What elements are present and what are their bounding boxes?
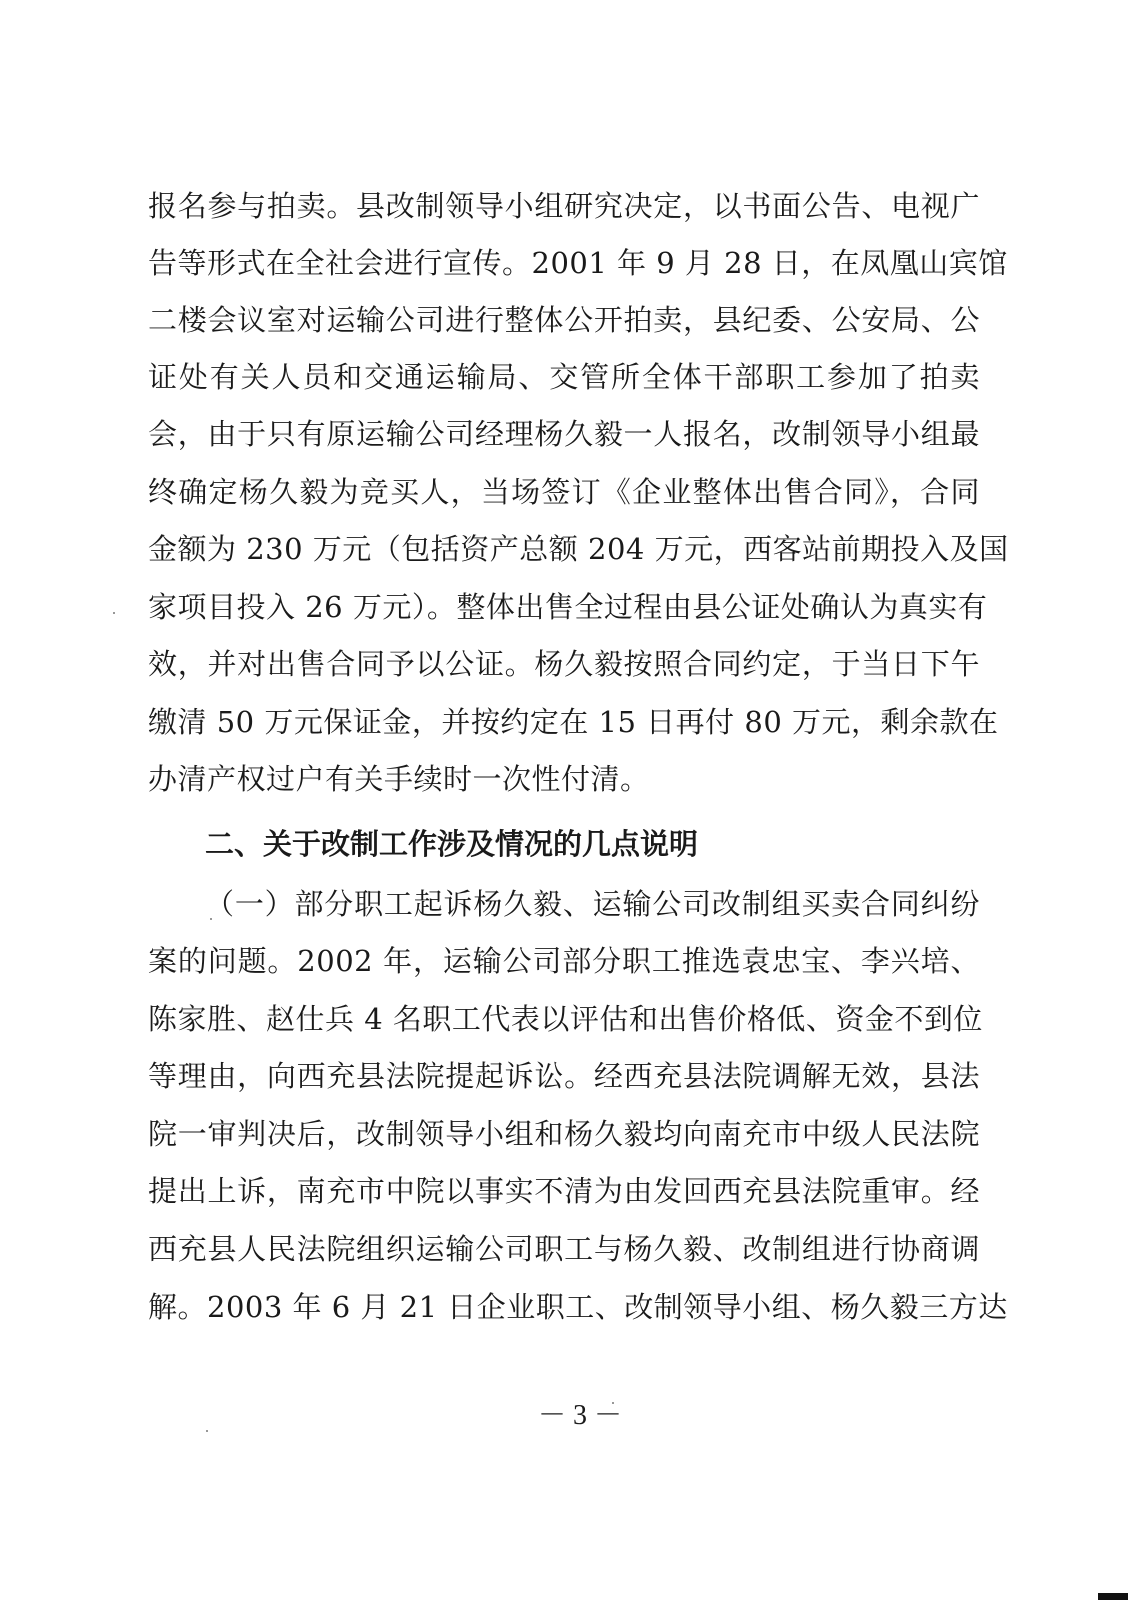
scan-speck xyxy=(113,612,115,614)
paragraph-1-line-9: 效，并对出售合同予以公证。杨久毅按照合同约定，于当日下午 xyxy=(148,644,980,684)
paragraph-1-line-6: 终确定杨久毅为竞买人，当场签订《企业整体出售合同》，合同 xyxy=(148,472,980,512)
paragraph-1-line-1: 报名参与拍卖。县改制领导小组研究决定，以书面公告、电视广 xyxy=(148,186,980,226)
paragraph-2-line-4: 等理由，向西充县法院提起诉讼。经西充县法院调解无效，县法 xyxy=(148,1056,980,1096)
paragraph-2-line-8: 解。2003 年 6 月 21 日企业职工、改制领导小组、杨久毅三方达 xyxy=(148,1287,980,1327)
paragraph-2-line-7: 西充县人民法院组织运输公司职工与杨久毅、改制组进行协商调 xyxy=(148,1229,980,1269)
scan-edge-mark xyxy=(1098,1593,1128,1600)
paragraph-1-line-4: 证处有关人员和交通运输局、交管所全体干部职工参加了拍卖 xyxy=(148,357,980,397)
paragraph-2-line-3: 陈家胜、赵仕兵 4 名职工代表以评估和出售价格低、资金不到位 xyxy=(148,999,980,1039)
paragraph-1-line-7: 金额为 230 万元（包括资产总额 204 万元，西客站前期投入及国 xyxy=(148,529,980,569)
paragraph-1-line-10: 缴清 50 万元保证金，并按约定在 15 日再付 80 万元，剩余款在 xyxy=(148,702,980,742)
scan-speck xyxy=(206,1430,208,1432)
paragraph-2-line-1: （一）部分职工起诉杨久毅、运输公司改制组买卖合同纠纷 xyxy=(205,884,980,924)
paragraph-2-line-5: 院一审判决后，改制领导小组和杨久毅均向南充市中级人民法院 xyxy=(148,1114,980,1154)
paragraph-1-line-2: 告等形式在全社会进行宣传。2001 年 9 月 28 日，在凤凰山宾馆 xyxy=(148,243,980,283)
paragraph-2-line-6: 提出上诉，南充市中院以事实不清为由发回西充县法院重审。经 xyxy=(148,1171,980,1211)
page-number: － 3 － xyxy=(520,1398,640,1434)
scan-speck xyxy=(210,918,212,920)
paragraph-1-line-11: 办清产权过户有关手续时一次性付清。 xyxy=(148,759,980,799)
paragraph-1-line-3: 二楼会议室对运输公司进行整体公开拍卖，县纪委、公安局、公 xyxy=(148,300,980,340)
paragraph-1-line-5: 会，由于只有原运输公司经理杨久毅一人报名，改制领导小组最 xyxy=(148,414,980,454)
paragraph-1-line-8: 家项目投入 26 万元）。整体出售全过程由县公证处确认为真实有 xyxy=(148,587,980,627)
scan-speck xyxy=(612,1402,614,1404)
document-page: 报名参与拍卖。县改制领导小组研究决定，以书面公告、电视广 告等形式在全社会进行宣… xyxy=(0,0,1128,1600)
paragraph-2-line-2: 案的问题。2002 年，运输公司部分职工推选袁忠宝、李兴培、 xyxy=(148,941,980,981)
section-heading: 二、关于改制工作涉及情况的几点说明 xyxy=(205,824,698,864)
